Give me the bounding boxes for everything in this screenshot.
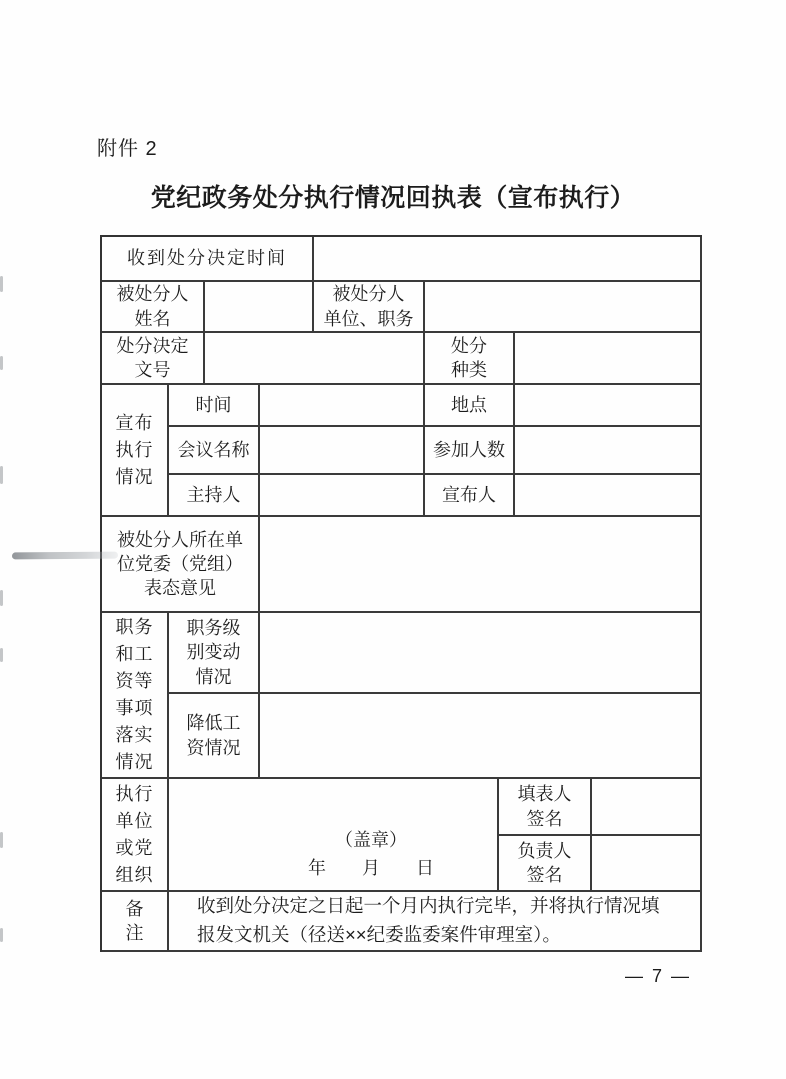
receipt-time-label: 收到处分决定时间 [102, 237, 314, 282]
person-name-value [205, 282, 314, 333]
salary-reduction-value [260, 694, 702, 779]
announce-place-value [515, 385, 702, 427]
executor-signature-col: 填表人 签名 负责人 签名 [499, 779, 702, 892]
seal-label: （盖章） [308, 828, 434, 852]
responsible-signature-value [592, 836, 702, 892]
attachment-label: 附件 2 [97, 132, 158, 161]
document-title: 党纪政务处分执行情况回执表（宣布执行） [0, 178, 786, 214]
scan-edge-mark [0, 356, 3, 370]
person-unit-value [425, 282, 702, 333]
announce-time-label: 时间 [169, 385, 260, 427]
receipt-form-table: 收到处分决定时间 被处分人 姓名 被处分人 单位、职务 处分决定 文号 处分 种… [100, 235, 702, 952]
row-receipt-time: 收到处分决定时间 [102, 237, 702, 282]
band-implementation: 职务 和工 资等 事项 落实 情况 职务级 别变动 情况 降低工 资情况 [102, 613, 702, 779]
announce-host-value [260, 475, 425, 517]
position-change-label: 职务级 别变动 情况 [169, 613, 260, 694]
implementation-band-header: 职务 和工 资等 事项 落实 情况 [102, 613, 169, 779]
committee-opinion-value [260, 517, 702, 613]
responsible-signature-label: 负责人 签名 [499, 836, 592, 892]
sanction-type-label: 处分 种类 [425, 333, 515, 385]
preparer-signature-label: 填表人 签名 [499, 779, 592, 836]
announce-meeting-value [260, 427, 425, 475]
row-decision: 处分决定 文号 处分 种类 [102, 333, 702, 385]
scan-edge-mark [0, 590, 3, 606]
executor-seal-cell: （盖章） 年 月 日 [169, 779, 499, 892]
decision-doc-no-label: 处分决定 文号 [102, 333, 205, 385]
person-unit-label: 被处分人 单位、职务 [314, 282, 425, 333]
announce-place-label: 地点 [425, 385, 515, 427]
committee-opinion-label: 被处分人所在单 位党委（党组） 表态意见 [102, 517, 260, 613]
scan-edge-mark [0, 832, 3, 848]
decision-doc-no-value [205, 333, 425, 385]
scan-edge-mark [0, 928, 3, 942]
page-number: — 7 — [600, 966, 716, 987]
date-line: 年 月 日 [308, 856, 434, 880]
scanned-document-page: 附件 2 党纪政务处分执行情况回执表（宣布执行） 收到处分决定时间 被处分人 姓… [0, 0, 786, 1079]
row-person: 被处分人 姓名 被处分人 单位、职务 [102, 282, 702, 333]
sanction-type-value [515, 333, 702, 385]
announce-attendees-label: 参加人数 [425, 427, 515, 475]
band-announce-execution: 宣布 执行 情况 时间 地点 会议名称 参加人数 主持人 宣布人 [102, 385, 702, 517]
implementation-band-body: 职务级 别变动 情况 降低工 资情况 [169, 613, 702, 779]
announce-band-body: 时间 地点 会议名称 参加人数 主持人 宣布人 [169, 385, 702, 517]
announce-attendees-value [515, 427, 702, 475]
signature-row-preparer: 填表人 签名 [499, 779, 702, 836]
implementation-row-position: 职务级 别变动 情况 [169, 613, 702, 694]
announce-time-value [260, 385, 425, 427]
announce-row-meeting: 会议名称 参加人数 [169, 427, 702, 475]
preparer-signature-value [592, 779, 702, 836]
announce-announcer-label: 宣布人 [425, 475, 515, 517]
row-remarks: 备 注 收到处分决定之日起一个月内执行完毕，并将执行情况填 报发文机关（径送××… [102, 892, 702, 952]
announce-row-time: 时间 地点 [169, 385, 702, 427]
band-executor: 执行 单位 或党 组织 （盖章） 年 月 日 填表人 签名 负责人 签名 [102, 779, 702, 892]
announce-row-host: 主持人 宣布人 [169, 475, 702, 517]
person-name-label: 被处分人 姓名 [102, 282, 205, 333]
scan-smudge-streak [12, 552, 118, 560]
executor-band-header: 执行 单位 或党 组织 [102, 779, 169, 892]
receipt-time-value [314, 237, 702, 282]
position-change-value [260, 613, 702, 694]
scan-edge-mark [0, 648, 3, 662]
announce-band-header: 宣布 执行 情况 [102, 385, 169, 517]
implementation-row-salary: 降低工 资情况 [169, 694, 702, 779]
scan-edge-mark [0, 466, 3, 484]
scan-edge-mark [0, 276, 3, 292]
remarks-text: 收到处分决定之日起一个月内执行完毕，并将执行情况填 报发文机关（径送××纪委监委… [169, 892, 702, 952]
announce-announcer-value [515, 475, 702, 517]
remarks-label: 备 注 [102, 892, 169, 952]
announce-host-label: 主持人 [169, 475, 260, 517]
row-committee-opinion: 被处分人所在单 位党委（党组） 表态意见 [102, 517, 702, 613]
seal-block: （盖章） 年 月 日 [308, 828, 434, 880]
announce-meeting-label: 会议名称 [169, 427, 260, 475]
salary-reduction-label: 降低工 资情况 [169, 694, 260, 779]
signature-row-responsible: 负责人 签名 [499, 836, 702, 892]
